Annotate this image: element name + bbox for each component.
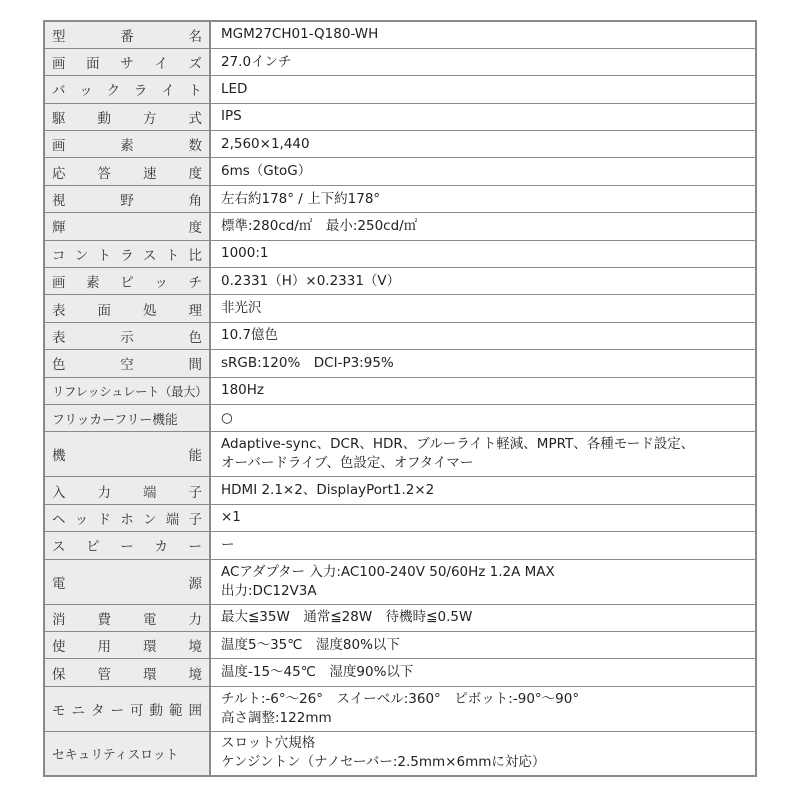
spec-row: バックライトLED xyxy=(44,76,756,103)
spec-label-char: 色 xyxy=(189,326,203,346)
spec-label-char: 表 xyxy=(52,299,66,319)
spec-value: 左右約178° / 上下約178° xyxy=(221,190,745,209)
spec-label-char: 型 xyxy=(52,25,66,45)
spec-value-cell: 左右約178° / 上下約178° xyxy=(210,185,756,212)
spec-label: モニター可動範囲 xyxy=(52,699,202,719)
spec-label-char: 境 xyxy=(189,663,203,683)
spec-row: 応答速度6ms（GtoG） xyxy=(44,158,756,185)
spec-label-char: ト xyxy=(188,79,202,99)
spec-label-char: ホ xyxy=(120,508,134,528)
spec-value: 温度5〜35℃ 湿度80%以下 xyxy=(221,636,745,655)
spec-label-char: 用 xyxy=(98,635,112,655)
spec-label: 画面サイズ xyxy=(52,52,202,72)
spec-label-char: 能 xyxy=(189,444,203,464)
spec-label-char: カ xyxy=(154,535,168,555)
spec-row: 画面サイズ27.0インチ xyxy=(44,48,756,75)
spec-label-char: 素 xyxy=(86,271,100,291)
spec-label-cell: 応答速度 xyxy=(44,158,210,185)
spec-row: 表示色10.7億色 xyxy=(44,322,756,349)
spec-value: HDMI 2.1×2、DisplayPort1.2×2 xyxy=(221,481,745,500)
spec-label-char: ー xyxy=(189,535,203,555)
spec-label-char: 番 xyxy=(120,25,134,45)
spec-label-char: ド xyxy=(98,508,112,528)
spec-row: 画素数2,560×1,440 xyxy=(44,131,756,158)
spec-label-char: 動 xyxy=(98,107,112,127)
spec-label-cell: コントラスト比 xyxy=(44,240,210,267)
spec-label-cell: 輝度 xyxy=(44,213,210,240)
spec-label-cell: 駆動方式 xyxy=(44,103,210,130)
spec-label-char: ラ xyxy=(120,244,134,264)
spec-label: 入力端子 xyxy=(52,481,202,501)
spec-row: セキュリティスロットスロット穴規格ケンジントン（ナノセーバー:2.5mm×6mm… xyxy=(44,731,756,776)
spec-value: 温度-15〜45℃ 湿度90%以下 xyxy=(221,663,745,682)
spec-label-char: 囲 xyxy=(189,699,203,719)
spec-label-char: イ xyxy=(161,79,175,99)
spec-label-char: 角 xyxy=(189,189,203,209)
spec-label-cell: 画素数 xyxy=(44,131,210,158)
spec-label-cell: 使用環境 xyxy=(44,631,210,658)
spec-label-char: 色 xyxy=(52,353,66,373)
spec-label-char: サ xyxy=(120,52,134,72)
spec-row: リフレッシュレート（最大）180Hz xyxy=(44,377,756,404)
spec-label-char: ト xyxy=(98,244,112,264)
spec-table-body: 型番名MGM27CH01-Q180-WH画面サイズ27.0インチバックライトLE… xyxy=(44,21,756,776)
spec-label: 機能 xyxy=(52,444,202,464)
spec-value: 0.2331（H）×0.2331（V） xyxy=(221,272,745,291)
spec-value: オーバードライブ、色設定、オフタイマー xyxy=(221,454,745,473)
spec-label: スピーカー xyxy=(52,535,202,555)
spec-label-cell: 保管環境 xyxy=(44,659,210,686)
spec-label-char: 源 xyxy=(189,572,203,592)
spec-row: モニター可動範囲チルト:-6°〜26° スイーベル:360° ピボット:-90°… xyxy=(44,686,756,731)
spec-label: 表示色 xyxy=(52,326,202,346)
spec-label-cell: リフレッシュレート（最大） xyxy=(44,377,210,404)
spec-label-char: ピ xyxy=(120,271,134,291)
spec-row: 保管環境温度-15〜45℃ 湿度90%以下 xyxy=(44,659,756,686)
spec-label-char: 面 xyxy=(98,299,112,319)
spec-value: ケンジントン（ナノセーバー:2.5mm×6mmに対応） xyxy=(221,753,745,772)
spec-label-char: 端 xyxy=(166,508,180,528)
spec-label: 消費電力 xyxy=(52,608,202,628)
spec-value: ×1 xyxy=(221,508,745,527)
spec-value: 出力:DC12V3A xyxy=(221,582,745,601)
spec-row: 画素ピッチ0.2331（H）×0.2331（V） xyxy=(44,268,756,295)
spec-label-char: 数 xyxy=(189,134,203,154)
spec-label-char: ク xyxy=(107,79,121,99)
spec-label-cell: 入力端子 xyxy=(44,477,210,504)
spec-label-char: 比 xyxy=(189,244,203,264)
spec-label-char: 力 xyxy=(98,481,112,501)
spec-value-cell: 180Hz xyxy=(210,377,756,404)
spec-label-char: 答 xyxy=(98,162,112,182)
spec-label-cell: ヘッドホン端子 xyxy=(44,504,210,531)
spec-table: 型番名MGM27CH01-Q180-WH画面サイズ27.0インチバックライトLE… xyxy=(43,20,757,777)
spec-label-char: 境 xyxy=(189,635,203,655)
spec-row: 使用環境温度5〜35℃ 湿度80%以下 xyxy=(44,631,756,658)
spec-label-char: 消 xyxy=(52,608,66,628)
spec-label-char: ヘ xyxy=(52,508,66,528)
spec-label: 画素ピッチ xyxy=(52,271,202,291)
spec-row: 駆動方式IPS xyxy=(44,103,756,130)
spec-label-cell: 電源 xyxy=(44,559,210,604)
spec-value: IPS xyxy=(221,107,745,126)
spec-label: バックライト xyxy=(52,79,202,99)
spec-label: 表面処理 xyxy=(52,299,202,319)
spec-label-char: 空 xyxy=(120,353,134,373)
spec-value: ー xyxy=(221,536,745,555)
spec-label: 画素数 xyxy=(52,134,202,154)
spec-label-char: ン xyxy=(75,244,89,264)
spec-label-char: 入 xyxy=(52,481,66,501)
spec-label-char: 使 xyxy=(52,635,66,655)
spec-label-char: ト xyxy=(166,244,180,264)
spec-label-char: 画 xyxy=(52,271,66,291)
spec-label: リフレッシュレート（最大） xyxy=(52,385,207,399)
spec-label-char: 理 xyxy=(189,299,203,319)
spec-label-char: チ xyxy=(189,271,203,291)
spec-label: 使用環境 xyxy=(52,635,202,655)
spec-label-char: 動 xyxy=(150,699,164,719)
spec-label-char: 視 xyxy=(52,189,66,209)
spec-label-char: バ xyxy=(52,79,66,99)
spec-value-cell: 2,560×1,440 xyxy=(210,131,756,158)
spec-label-char: ッ xyxy=(75,508,89,528)
spec-value-cell: sRGB:120% DCI-P3:95% xyxy=(210,350,756,377)
spec-label-char: 輝 xyxy=(52,216,66,236)
spec-label-cell: 視野角 xyxy=(44,185,210,212)
spec-row: 視野角左右約178° / 上下約178° xyxy=(44,185,756,212)
spec-value: スロット穴規格 xyxy=(221,734,745,753)
spec-label-char: ッ xyxy=(79,79,93,99)
spec-label-cell: スピーカー xyxy=(44,532,210,559)
spec-value: 1000:1 xyxy=(221,244,745,263)
spec-value: Adaptive-sync、DCR、HDR、ブルーライト軽減、MPRT、各種モー… xyxy=(221,435,745,454)
spec-value-cell: ACアダプター 入力:AC100-240V 50/60Hz 1.2A MAX出力… xyxy=(210,559,756,604)
spec-value-cell: HDMI 2.1×2、DisplayPort1.2×2 xyxy=(210,477,756,504)
spec-label-char: 示 xyxy=(120,326,134,346)
spec-label-char: 電 xyxy=(143,608,157,628)
spec-label: 応答速度 xyxy=(52,162,202,182)
spec-value-cell: LED xyxy=(210,76,756,103)
spec-label: 型番名 xyxy=(52,25,202,45)
spec-value: 高さ調整:122mm xyxy=(221,709,745,728)
spec-label-char: 画 xyxy=(52,52,66,72)
spec-row: スピーカーー xyxy=(44,532,756,559)
spec-label-char: 環 xyxy=(143,663,157,683)
spec-value: 非光沢 xyxy=(221,299,745,318)
spec-label-char: ピ xyxy=(86,535,100,555)
spec-label-char: 間 xyxy=(189,353,203,373)
spec-label-cell: 色空間 xyxy=(44,350,210,377)
spec-label-char: 管 xyxy=(98,663,112,683)
spec-value: ACアダプター 入力:AC100-240V 50/60Hz 1.2A MAX xyxy=(221,563,745,582)
spec-label-char: ン xyxy=(143,508,157,528)
spec-label-char: 可 xyxy=(130,699,144,719)
spec-label-char: ス xyxy=(143,244,157,264)
spec-label-char: ー xyxy=(111,699,125,719)
spec-value-cell: 非光沢 xyxy=(210,295,756,322)
spec-label: ヘッドホン端子 xyxy=(52,508,202,528)
spec-label-char: ラ xyxy=(134,79,148,99)
spec-row: 輝度標準:280cd/㎡ 最小:250cd/㎡ xyxy=(44,213,756,240)
spec-value-cell: 温度5〜35℃ 湿度80%以下 xyxy=(210,631,756,658)
spec-row: 入力端子HDMI 2.1×2、DisplayPort1.2×2 xyxy=(44,477,756,504)
spec-value-cell: 標準:280cd/㎡ 最小:250cd/㎡ xyxy=(210,213,756,240)
spec-label: 保管環境 xyxy=(52,663,202,683)
spec-value-cell: 10.7億色 xyxy=(210,322,756,349)
spec-value-cell: ○ xyxy=(210,404,756,431)
spec-value: ○ xyxy=(221,409,745,428)
spec-label-cell: セキュリティスロット xyxy=(44,731,210,776)
spec-label-char: イ xyxy=(154,52,168,72)
spec-value-cell: 温度-15〜45℃ 湿度90%以下 xyxy=(210,659,756,686)
spec-label-char: コ xyxy=(52,244,66,264)
spec-value: 2,560×1,440 xyxy=(221,135,745,154)
spec-label-char: 方 xyxy=(143,107,157,127)
spec-label-cell: バックライト xyxy=(44,76,210,103)
spec-label-char: 力 xyxy=(189,608,203,628)
spec-label: コントラスト比 xyxy=(52,244,202,264)
spec-value-cell: 0.2331（H）×0.2331（V） xyxy=(210,268,756,295)
spec-label-char: 駆 xyxy=(52,107,66,127)
spec-label-char: 速 xyxy=(143,162,157,182)
spec-label-char: 処 xyxy=(143,299,157,319)
spec-value-cell: 6ms（GtoG） xyxy=(210,158,756,185)
spec-label-cell: フリッカーフリー機能 xyxy=(44,404,210,431)
spec-label-cell: 画面サイズ xyxy=(44,48,210,75)
spec-label-char: 応 xyxy=(52,162,66,182)
spec-label-char: 環 xyxy=(143,635,157,655)
spec-label-char: 範 xyxy=(169,699,183,719)
spec-value-cell: Adaptive-sync、DCR、HDR、ブルーライト軽減、MPRT、各種モー… xyxy=(210,432,756,477)
spec-row: 電源ACアダプター 入力:AC100-240V 50/60Hz 1.2A MAX… xyxy=(44,559,756,604)
spec-value: sRGB:120% DCI-P3:95% xyxy=(221,354,745,373)
spec-label-cell: 消費電力 xyxy=(44,604,210,631)
spec-label-char: ニ xyxy=(72,699,86,719)
spec-label: セキュリティスロット xyxy=(52,748,178,763)
spec-label: フリッカーフリー機能 xyxy=(52,413,178,428)
spec-value-cell: 27.0インチ xyxy=(210,48,756,75)
spec-row: 表面処理非光沢 xyxy=(44,295,756,322)
spec-value: 27.0インチ xyxy=(221,53,745,72)
spec-label-char: 度 xyxy=(189,216,203,236)
spec-row: ヘッドホン端子×1 xyxy=(44,504,756,531)
spec-value: 10.7億色 xyxy=(221,326,745,345)
spec-label-cell: モニター可動範囲 xyxy=(44,686,210,731)
spec-value: 最大≦35W 通常≦28W 待機時≦0.5W xyxy=(221,608,745,627)
spec-label-char: 電 xyxy=(52,572,66,592)
spec-label-char: 費 xyxy=(98,608,112,628)
spec-label: 電源 xyxy=(52,572,202,592)
spec-value: MGM27CH01-Q180-WH xyxy=(221,25,745,44)
spec-row: コントラスト比1000:1 xyxy=(44,240,756,267)
spec-value-cell: MGM27CH01-Q180-WH xyxy=(210,21,756,48)
spec-value-cell: チルト:-6°〜26° スイーベル:360° ピボット:-90°〜90°高さ調整… xyxy=(210,686,756,731)
spec-value: チルト:-6°〜26° スイーベル:360° ピボット:-90°〜90° xyxy=(221,690,745,709)
spec-label-char: 面 xyxy=(86,52,100,72)
spec-value: 標準:280cd/㎡ 最小:250cd/㎡ xyxy=(221,217,745,236)
spec-row: 消費電力最大≦35W 通常≦28W 待機時≦0.5W xyxy=(44,604,756,631)
spec-label-char: ッ xyxy=(154,271,168,291)
spec-label: 輝度 xyxy=(52,216,202,236)
spec-value: 6ms（GtoG） xyxy=(221,162,745,181)
spec-label: 視野角 xyxy=(52,189,202,209)
spec-value: 180Hz xyxy=(221,381,745,400)
spec-label-cell: 画素ピッチ xyxy=(44,268,210,295)
spec-label-char: モ xyxy=(52,699,66,719)
spec-label-char: 素 xyxy=(120,134,134,154)
spec-value-cell: スロット穴規格ケンジントン（ナノセーバー:2.5mm×6mmに対応） xyxy=(210,731,756,776)
spec-label-char: 端 xyxy=(143,481,157,501)
spec-value-cell: ×1 xyxy=(210,504,756,531)
spec-label-char: 子 xyxy=(189,508,203,528)
spec-value-cell: 1000:1 xyxy=(210,240,756,267)
spec-row: フリッカーフリー機能○ xyxy=(44,404,756,431)
spec-label-cell: 機能 xyxy=(44,432,210,477)
spec-label: 色空間 xyxy=(52,353,202,373)
spec-label-char: 式 xyxy=(189,107,203,127)
spec-label-char: ス xyxy=(52,535,66,555)
spec-label-char: ズ xyxy=(189,52,203,72)
spec-value-cell: ー xyxy=(210,532,756,559)
spec-row: 色空間sRGB:120% DCI-P3:95% xyxy=(44,350,756,377)
spec-label-char: 表 xyxy=(52,326,66,346)
spec-label-cell: 型番名 xyxy=(44,21,210,48)
spec-row: 型番名MGM27CH01-Q180-WH xyxy=(44,21,756,48)
spec-label-char: 度 xyxy=(189,162,203,182)
spec-label-char: 名 xyxy=(189,25,203,45)
spec-label-char: 保 xyxy=(52,663,66,683)
spec-label-char: ー xyxy=(120,535,134,555)
spec-value-cell: 最大≦35W 通常≦28W 待機時≦0.5W xyxy=(210,604,756,631)
spec-value: LED xyxy=(221,80,745,99)
spec-value-cell: IPS xyxy=(210,103,756,130)
spec-label: 駆動方式 xyxy=(52,107,202,127)
spec-label-cell: 表示色 xyxy=(44,322,210,349)
spec-label-char: 野 xyxy=(120,189,134,209)
spec-label-char: タ xyxy=(91,699,105,719)
spec-label-char: 画 xyxy=(52,134,66,154)
spec-label-char: 機 xyxy=(52,444,66,464)
spec-label-char: 子 xyxy=(189,481,203,501)
spec-row: 機能Adaptive-sync、DCR、HDR、ブルーライト軽減、MPRT、各種… xyxy=(44,432,756,477)
spec-label-cell: 表面処理 xyxy=(44,295,210,322)
